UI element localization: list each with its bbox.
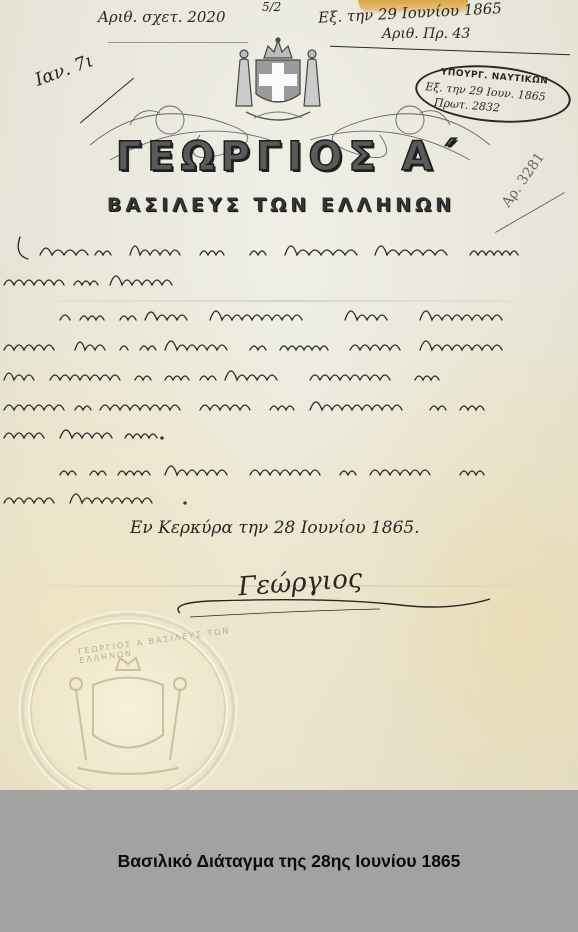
embossed-royal-seal: ΓΕΩΡΓΙΟΣ Α ΒΑΣΙΛΕΥΣ ΤΩΝ ΕΛΛΗΝΩΝ xyxy=(18,610,238,790)
annotation-underline xyxy=(330,46,570,55)
letterhead-title: ΓΕΩΡΓΙΟΣ Α΄ xyxy=(0,134,578,180)
caption-bar: Βασιλικό Διάταγμα της 28ης Ιουνίου 1865 xyxy=(0,790,578,932)
reference-fraction: 5/2 xyxy=(262,2,281,13)
signature-underline-icon xyxy=(170,585,490,625)
caption-text: Βασιλικό Διάταγμα της 28ης Ιουνίου 1865 xyxy=(118,851,461,872)
document-photo: Αριθ. σχετ. 2020 5/2 Εξ. την 29 Ιουνίου … xyxy=(0,0,578,790)
seal-coat-of-arms-icon xyxy=(58,650,198,780)
place-and-date: Εν Κερκύρα την 28 Ιουνίου 1865. xyxy=(130,518,420,538)
protocol-number-note: Αριθ. Πρ. 43 xyxy=(382,26,470,42)
received-date-note: Εξ. την 29 Ιουνίου 1865 xyxy=(318,0,503,27)
handwritten-body-text xyxy=(0,225,578,525)
reference-number: Αριθ. σχετ. 2020 xyxy=(98,8,226,26)
annotation-underline xyxy=(108,42,248,43)
letterhead-subtitle: ΒΑΣΙΛΕΥΣ ΤΩΝ ΕΛΛΗΝΩΝ xyxy=(0,194,570,216)
